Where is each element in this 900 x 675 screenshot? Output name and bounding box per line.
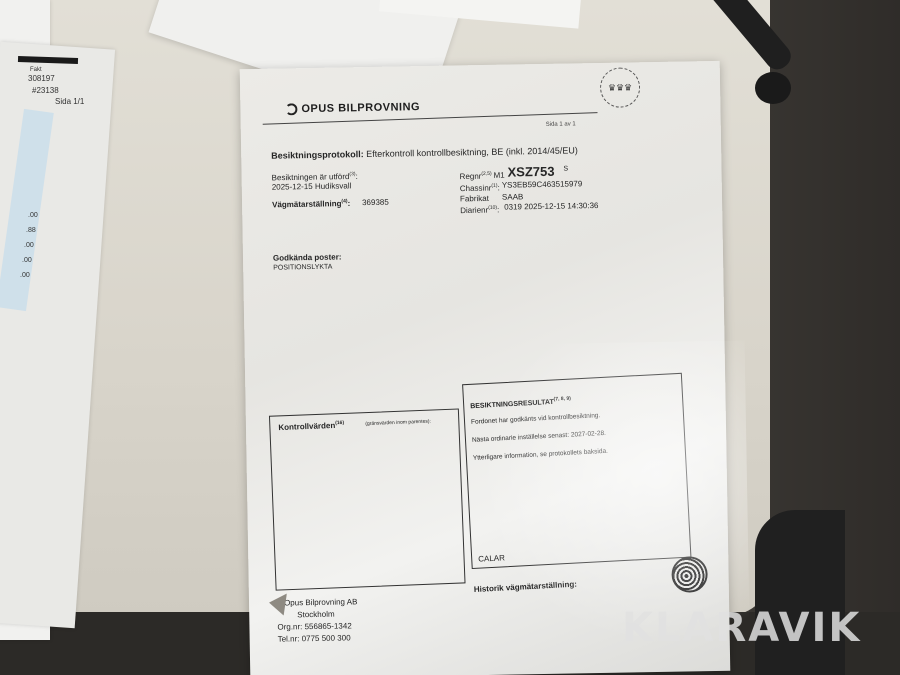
approved-heading: Godkända poster:: [273, 252, 342, 262]
receipt-page: Sida 1/1: [55, 97, 84, 106]
make-value: SAAB: [502, 192, 523, 201]
chassis-value: YS3EB59C463515979: [502, 179, 583, 189]
company-name: Opus Bilprovning AB: [284, 597, 358, 607]
brand-header: OPUS BILPROVNING: [285, 101, 420, 115]
receipt-amount: .88: [26, 227, 36, 234]
result-heading: BESIKTNINGSRESULTAT(7, 8, 9): [470, 396, 571, 411]
company-city: Stockholm: [297, 610, 335, 620]
watermark-logo: KLARAVIK: [622, 605, 861, 651]
odometer-value: 369385: [362, 198, 389, 207]
make-label: Fabrikat: [460, 194, 489, 204]
regnr-suffix: S: [563, 166, 568, 173]
torn-corner: [269, 593, 287, 615]
page-number: Sida 1 av 1: [546, 121, 576, 128]
opus-logo-icon: [285, 103, 297, 115]
diary-value: 0319 2025-12-15 14:30:36: [504, 201, 598, 212]
company-org-nr: Org.nr: 556865-1342: [277, 621, 351, 631]
approved-item: POSITIONSLYKTA: [273, 264, 332, 272]
odometer-history-heading: Historik vägmätarställning:: [474, 580, 577, 594]
company-phone: Tel.nr: 0775 500 300: [278, 633, 351, 643]
protocol-label: Besiktningsprotokoll:: [271, 149, 364, 161]
inspector-code: CALAR: [478, 553, 505, 563]
regnr-label: Regnr(2,5): [460, 171, 492, 181]
result-line-more-info: Ytterligare information, se protokollets…: [473, 448, 608, 462]
receipt-label: Fakt: [30, 67, 42, 73]
result-line-approved: Fordonet har godkänts vid kontrollbesikt…: [471, 412, 601, 426]
swedac-seal-icon: ♛♛♛: [600, 67, 641, 108]
receipt-amount: .00: [28, 212, 38, 219]
protocol-line: Besiktningsprotokoll: Efterkontroll kont…: [271, 145, 578, 160]
control-values-heading: Kontrollvärden(16): [278, 420, 344, 432]
chair-wheel: [755, 72, 791, 104]
performed-value: 2025-12-15 Hudiksvall: [272, 181, 352, 191]
receipt-amount: .00: [22, 257, 32, 264]
inspection-result-box: BESIKTNINGSRESULTAT(7, 8, 9) Fordonet ha…: [462, 373, 691, 569]
result-line-next-inspection: Nästa ordinarie inställelse senast: 2027…: [472, 430, 606, 444]
receipt-amount: .00: [20, 272, 30, 279]
odometer-label: Vägmätarställning(4):: [272, 198, 350, 209]
control-values-box: Kontrollvärden(16) (gränsvärden inom par…: [269, 408, 466, 590]
chassis-label: Chassinr(1):: [460, 183, 500, 193]
protocol-value: Efterkontroll kontrollbesiktning, BE (in…: [366, 145, 578, 159]
receipt-amount: .00: [24, 242, 34, 249]
regnr-prefix: M1: [494, 171, 505, 180]
registration-number: XSZ753: [507, 164, 554, 180]
environment-seal-icon: [671, 556, 708, 593]
brand-name: OPUS BILPROVNING: [301, 101, 420, 115]
control-values-note: (gränsvärden inom parentes):: [365, 419, 431, 428]
diary-label: Diarienr(10):: [460, 205, 499, 215]
inspection-protocol-document: OPUS BILPROVNING ♛♛♛ Sida 1 av 1 Besiktn…: [240, 61, 731, 675]
receipt-ref: #23138: [32, 86, 59, 95]
receipt-number: 308197: [28, 74, 55, 83]
